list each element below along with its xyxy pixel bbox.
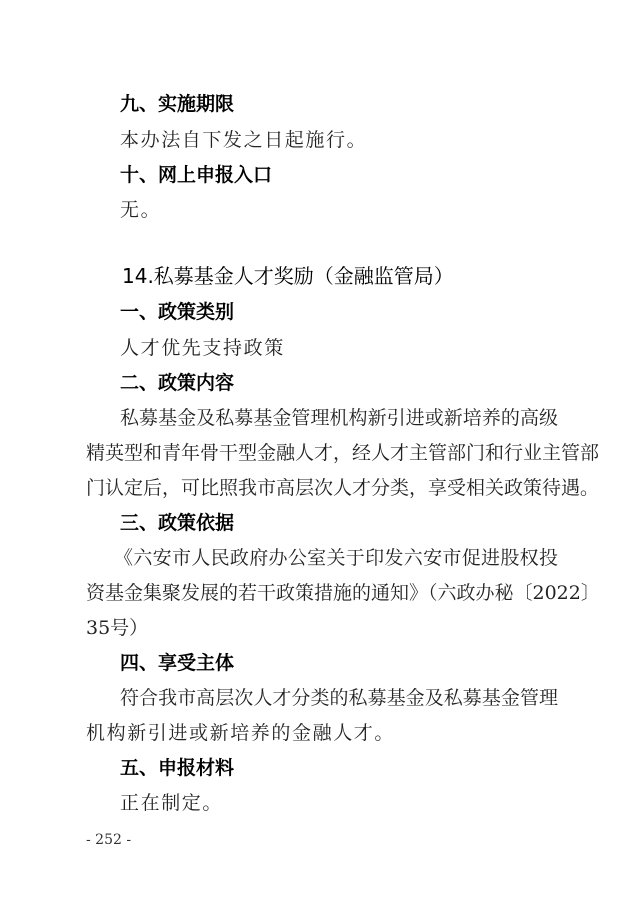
section-heading-policy-basis: 三、政策依据	[120, 511, 234, 535]
policy-content-line-1: 私募基金及私募基金管理机构新引进或新培养的高级	[120, 406, 558, 430]
section-heading-implementation-period: 九、实施期限	[120, 92, 234, 116]
section-heading-application-materials: 五、申报材料	[120, 756, 234, 780]
beneficiary-line-2: 机构新引进或新培养的金融人才。	[86, 721, 395, 745]
policy-basis-line-2: 资基金集聚发展的若干政策措施的通知》（六政办秘〔2022〕	[86, 581, 556, 605]
policy-basis-line-3: 35号）	[86, 616, 148, 640]
page-number: - 252 -	[86, 832, 131, 848]
section-heading-online-entry: 十、网上申报入口	[120, 163, 272, 187]
beneficiary-line-1: 符合我市高层次人才分类的私募基金及私募基金管理	[120, 686, 558, 710]
section-text-online-entry: 无。	[120, 198, 161, 222]
document-page: 九、实施期限 本办法自下发之日起施行。 十、网上申报入口 无。 14.私募基金人…	[0, 0, 642, 907]
section-text-policy-category: 人才优先支持政策	[120, 336, 285, 360]
policy-content-line-2: 精英型和青年骨干型金融人才，经人才主管部门和行业主管部	[86, 441, 556, 465]
section-text-implementation-period: 本办法自下发之日起施行。	[120, 128, 367, 152]
policy-content-line-3: 门认定后，可比照我市高层次人才分类，享受相关政策待遇。	[86, 476, 556, 500]
section-heading-policy-category: 一、政策类别	[120, 300, 234, 324]
policy-title: 14.私募基金人才奖励（金融监管局）	[122, 264, 454, 288]
policy-basis-line-1: 《六安市人民政府办公室关于印发六安市促进股权投	[114, 546, 558, 570]
section-heading-beneficiary: 四、享受主体	[120, 651, 234, 675]
section-text-application-materials: 正在制定。	[120, 791, 223, 815]
section-heading-policy-content: 二、政策内容	[120, 371, 234, 395]
